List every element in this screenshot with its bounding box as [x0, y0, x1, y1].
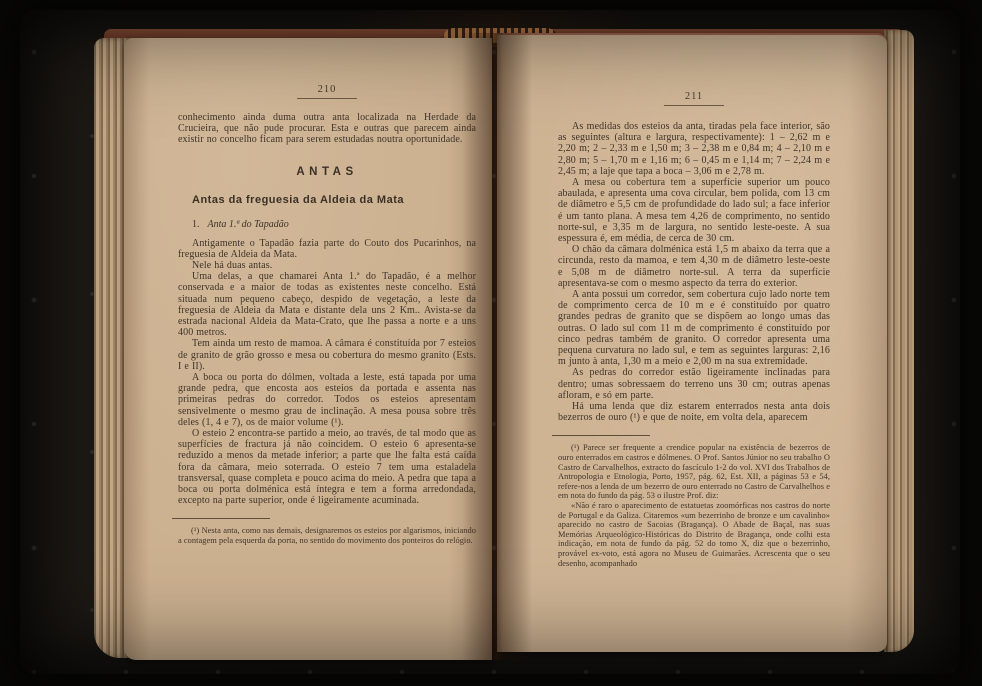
- footnote-text: (¹) Parece ser frequente a crendice popu…: [558, 443, 830, 501]
- footnote-divider-right: [552, 435, 650, 436]
- paragraph: O chão da câmara dolménica está 1,5 m ab…: [558, 244, 830, 289]
- page-number-rule-right: [664, 105, 724, 106]
- left-page-body: conhecimento ainda duma outra anta local…: [178, 112, 476, 506]
- left-page-footnote: (¹) Nesta anta, como nas demais, designa…: [178, 526, 476, 545]
- right-page-body: As medidas dos esteios da anta, tiradas …: [558, 121, 830, 423]
- footnote-text: (¹) Nesta anta, como nas demais, designa…: [178, 526, 476, 545]
- footnote-text: «Não é raro o aparecimento de estatuetas…: [558, 501, 830, 568]
- page-number-rule-left: [297, 98, 357, 99]
- right-page-footnote: (¹) Parece ser frequente a crendice popu…: [558, 443, 830, 568]
- paragraph: Antigamente o Tapadão fazia parte do Cou…: [178, 238, 476, 260]
- subsection-title: Anta 1.ª do Tapadão: [208, 219, 289, 230]
- continuation-paragraph: conhecimento ainda duma outra anta local…: [178, 112, 476, 146]
- page-number-left: 210: [178, 84, 476, 95]
- right-page: 211 As medidas dos esteios da anta, tira…: [497, 33, 887, 652]
- paragraph: A boca ou porta do dólmen, voltada a les…: [178, 372, 476, 428]
- page-number-right: 211: [558, 91, 830, 102]
- subsection-heading: 1.Anta 1.ª do Tapadão: [178, 219, 476, 230]
- paragraph: Tem ainda um resto de mamoa. A câmara é …: [178, 338, 476, 372]
- paragraph: As medidas dos esteios da anta, tiradas …: [558, 121, 830, 177]
- paragraph: Uma delas, a que chamarei Anta 1.ª do Ta…: [178, 271, 476, 338]
- chapter-heading: ANTAS: [178, 166, 476, 178]
- paragraph: Há uma lenda que diz estarem enterrados …: [558, 401, 830, 423]
- subsection-number: 1.: [192, 219, 200, 230]
- footnote-divider-left: [172, 518, 270, 519]
- left-page: 210 conhecimento ainda duma outra anta l…: [124, 38, 492, 660]
- paragraph: Nele há duas antas.: [178, 260, 476, 271]
- paragraph: A mesa ou cobertura tem a superfície sup…: [558, 177, 830, 244]
- paragraph: A anta possui um corredor, sem cobertura…: [558, 289, 830, 367]
- paragraph: O esteio 2 encontra-se partido a meio, a…: [178, 428, 476, 506]
- paragraph: As pedras do corredor estão ligeiramente…: [558, 367, 830, 401]
- right-page-stack-edge: [884, 30, 914, 652]
- section-heading: Antas da freguesia da Aldeia da Mata: [178, 194, 476, 206]
- book-photo: 210 conhecimento ainda duma outra anta l…: [0, 0, 982, 686]
